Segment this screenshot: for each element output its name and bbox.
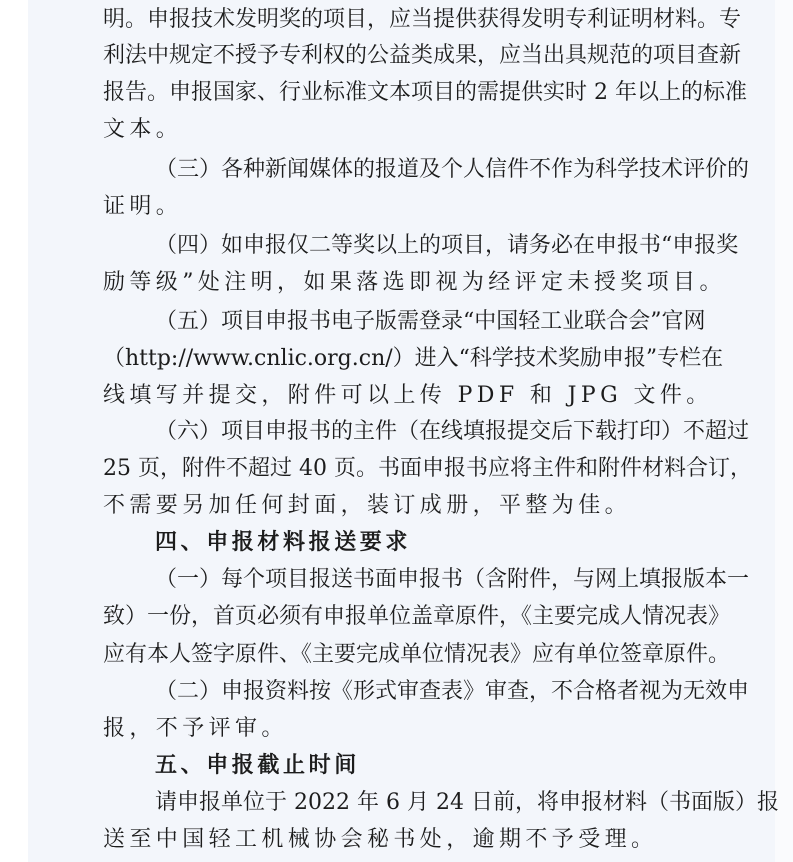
paragraph-5-online-submission: （五）项目申报书电子版需登录“中国轻工业联合会”官网 [103,303,669,340]
section-5-heading: 五、申报截止时间 [103,747,360,784]
section-4-item-1: （一）每个项目报送书面申报书（含附件，与网上填报版本一 [103,561,669,598]
section-5-deadline: 请申报单位于 2022 年 6 月 24 日前，将申报材料（书面版）报 [103,784,669,821]
section-4-heading: 四、申报材料报送要求 [103,524,411,561]
body-line-patent-proof: 明。申报技术发明奖的项目，应当提供获得发明专利证明材料。专 [103,1,669,38]
section-4-item-2: （二）申报资料按《形式审查表》审查，不合格者视为无效申 [103,673,669,710]
section-4-item-1-cont: 致）一份，首页必须有申报单位盖章原件，《主要完成人情况表》 [103,598,669,635]
paragraph-6-page-limit: （六）项目申报书的主件（在线填报提交后下载打印）不超过 [103,413,669,450]
body-line-public-welfare: 利法中规定不授予专利权的公益类成果，应当出具规范的项目查新 [103,37,669,74]
section-4-item-2-end: 报，不予评审。 [103,710,288,747]
paragraph-3-media-reports: （三）各种新闻媒体的报道及个人信件不作为科学技术评价的 [103,151,669,188]
paragraph-5-url-line: （http://www.cnlic.org.cn/）进入“科学技术奖励申报”专栏… [103,340,669,377]
body-line-text-end: 文本。 [103,111,182,148]
paragraph-6-binding: 25 页，附件不超过 40 页。书面申报书应将主件和附件材料合订， [103,450,669,487]
section-5-deadline-end: 送至中国轻工机械协会秘书处，逾期不予受理。 [103,821,657,858]
paragraph-4-end: 励等级”处注明，如果落选即视为经评定未授奖项目。 [103,264,726,301]
section-4-item-1-end: 应有本人签字原件、《主要完成单位情况表》应有单位签章原件。 [103,636,669,673]
paragraph-4-award-level: （四）如申报仅二等奖以上的项目，请务必在申报书“申报奖 [103,227,669,264]
paper-edge [775,0,793,862]
paragraph-5-end: 线填写并提交，附件可以上传 PDF 和 JPG 文件。 [103,377,713,414]
paragraph-3-end: 证明。 [103,188,182,225]
body-line-standard-text: 报告。申报国家、行业标准文本项目的需提供实时 2 年以上的标准 [103,74,669,111]
paragraph-6-end: 不需要另加任何封面，装订成册，平整为佳。 [103,487,631,524]
